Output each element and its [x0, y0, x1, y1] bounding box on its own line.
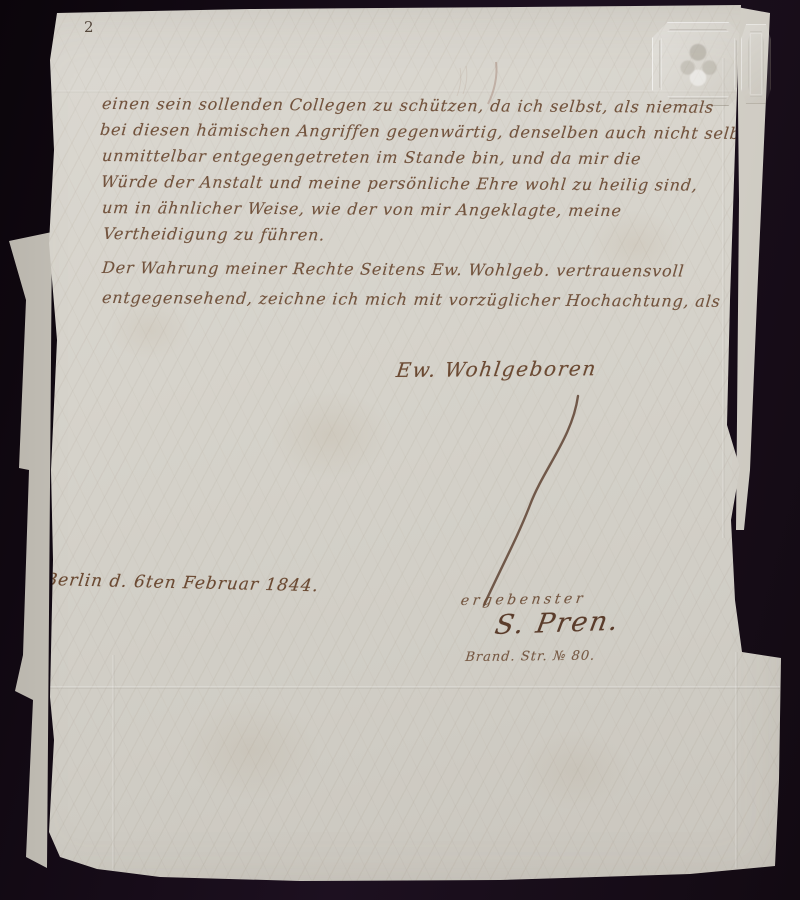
fold-crease — [50, 686, 780, 689]
valediction-line: ergebenster — [460, 591, 587, 609]
embossed-seal-border — [659, 29, 737, 99]
fold-crease — [112, 655, 115, 873]
stain-spot — [270, 390, 390, 480]
stain-spot — [590, 210, 680, 280]
letter-closing-line: entgegensehend, zeichne ich mich mit vor… — [101, 288, 721, 311]
fold-crease — [722, 58, 725, 538]
address-line: Brand. Str. № 80. — [465, 649, 596, 665]
date-line: Berlin d. 6ten Februar 1844. — [43, 570, 320, 596]
letter-body-line: unmittelbar entgegengetreten im Stande b… — [101, 146, 642, 168]
embossed-seal-partial-border — [748, 31, 764, 97]
stain-spot — [110, 300, 190, 360]
letter-body-line: um in ähnlicher Weise, wie der von mir A… — [101, 198, 622, 220]
stain-spot — [180, 700, 320, 800]
embossed-seal-crest — [672, 37, 724, 87]
letter-body-line: einen sein sollenden Collegen zu schütze… — [101, 94, 715, 117]
pen-flourish-icon — [458, 390, 598, 615]
signature: S. Pren. — [492, 606, 622, 641]
embossed-seal-icon — [652, 22, 744, 106]
paper-sheet: 2 einen sein sollenden Collegen zu schüt… — [0, 0, 800, 900]
embossed-seal-partial-icon — [741, 24, 771, 104]
bleedthrough-texture — [0, 0, 800, 900]
letter-body-line: Würde der Anstalt und meine persönliche … — [100, 172, 698, 195]
letter-closing-line: Der Wahrung meiner Rechte Seitens Ew. Wo… — [101, 258, 685, 281]
salutation-line: Ew. Wohlgeboren — [395, 356, 599, 382]
stain-spot — [520, 730, 630, 810]
fold-crease — [52, 90, 742, 93]
letter-body-line: bei diesen hämischen Angriffen gegenwärt… — [99, 120, 758, 143]
ink-bleed-flourish-icon — [452, 58, 512, 108]
document-scan: 2 einen sein sollenden Collegen zu schüt… — [0, 0, 800, 900]
letter-body-line: Vertheidigung zu führen. — [102, 224, 326, 244]
page-number: 2 — [84, 18, 94, 36]
fold-crease — [735, 652, 738, 868]
